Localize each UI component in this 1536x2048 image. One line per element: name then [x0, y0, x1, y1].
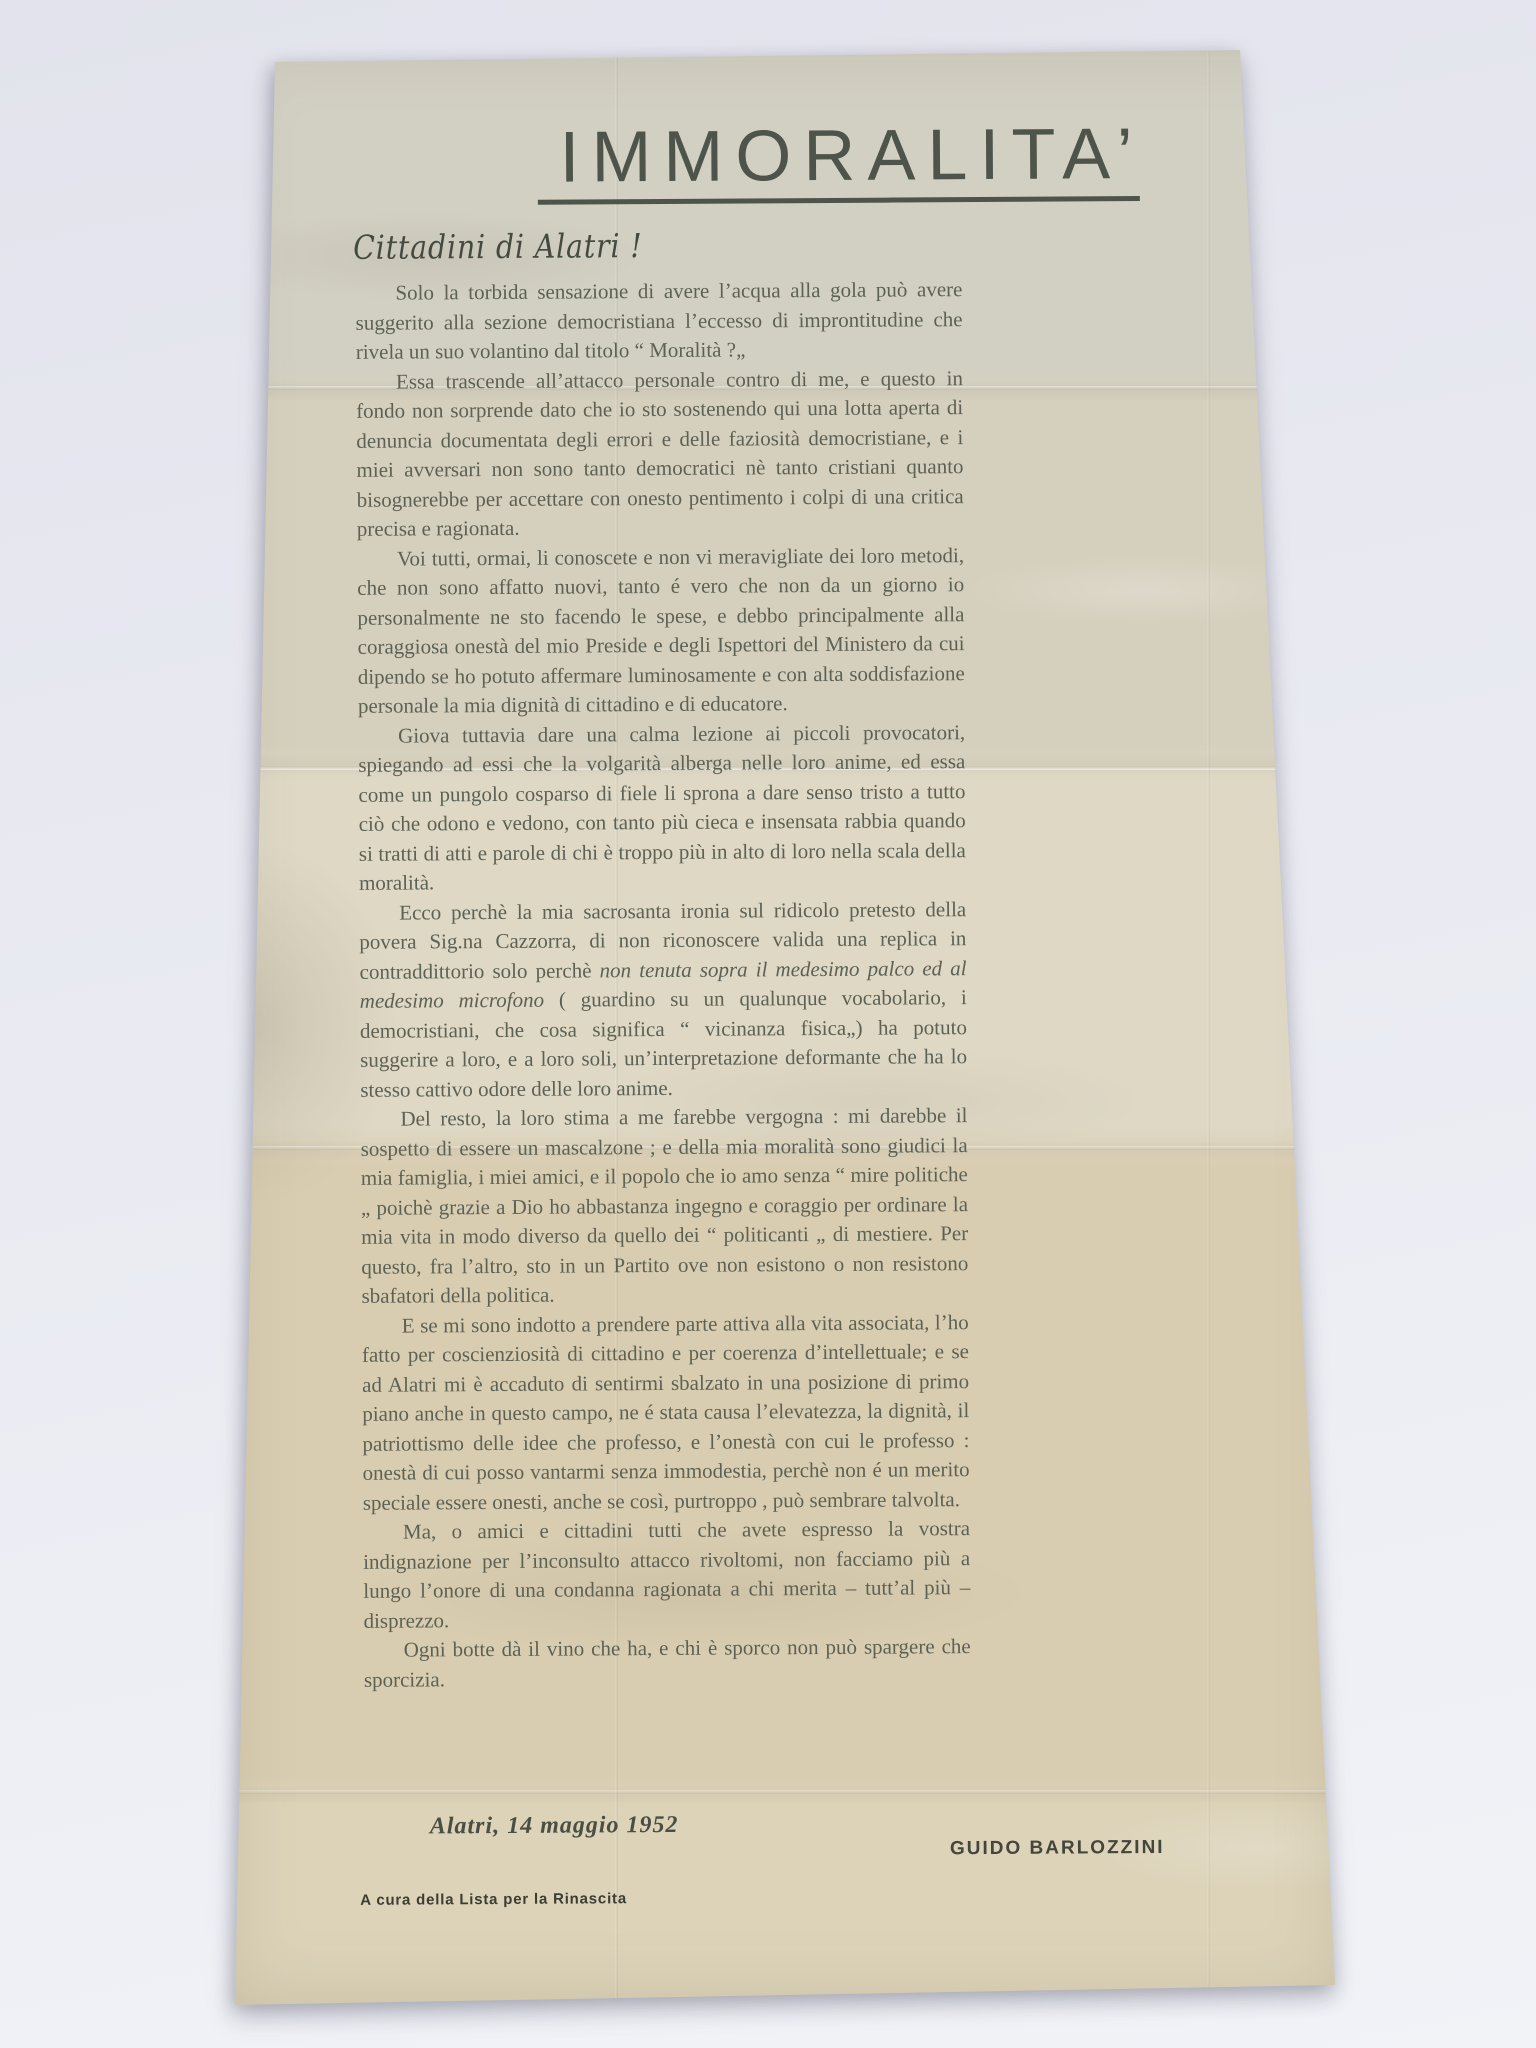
paragraph-4: Giova tuttavia dare una calma lezione ai… — [358, 718, 966, 899]
text-run: Solo la torbida sensazione di avere l’ac… — [356, 277, 963, 364]
text-run: Essa trascende all’attacco personale con… — [356, 366, 964, 541]
photo-background: IMMORALITA’ Cittadini di Alatri ! Solo l… — [0, 0, 1536, 2048]
paragraph-9: Ogni botte dà il vino che ha, e chi è sp… — [364, 1632, 971, 1695]
imprint-line: A cura della Lista per la Rinascita — [360, 1891, 627, 1908]
paragraph-8: Ma, o amici e cittadini tutti che avete … — [363, 1514, 971, 1636]
text-run: E se mi sono indotto a prendere parte at… — [362, 1310, 970, 1515]
body-text: Solo la torbida sensazione di avere l’ac… — [355, 275, 971, 1695]
text-run: Del resto, la loro stima a me farebbe ve… — [361, 1103, 969, 1308]
text-run: Giova tuttavia dare una calma lezione ai… — [358, 720, 966, 895]
flyer-paper: IMMORALITA’ Cittadini di Alatri ! Solo l… — [225, 40, 1345, 2005]
page-title: IMMORALITA’ — [539, 118, 1164, 194]
paragraph-5: Ecco perchè la mia sacrosanta ironia sul… — [359, 895, 967, 1105]
salutation: Cittadini di Alatri ! — [353, 227, 643, 267]
paragraph-2: Essa trascende all’attacco personale con… — [356, 364, 964, 545]
flyer-content: IMMORALITA’ Cittadini di Alatri ! Solo l… — [219, 37, 1351, 2009]
signature-name: GUIDO BARLOZZINI — [950, 1838, 1165, 1858]
paragraph-7: E se mi sono indotto a prendere parte at… — [362, 1308, 970, 1518]
text-run: Voi tutti, ormai, li conoscete e non vi … — [357, 543, 965, 718]
paragraph-3: Voi tutti, ormai, li conoscete e non vi … — [357, 541, 965, 722]
text-run: Ogni botte dà il vino che ha, e chi è sp… — [364, 1634, 971, 1691]
paragraph-6: Del resto, la loro stima a me farebbe ve… — [360, 1101, 968, 1311]
flyer-paper-wrapper: IMMORALITA’ Cittadini di Alatri ! Solo l… — [225, 40, 1345, 2005]
text-run: Ma, o amici e cittadini tutti che avete … — [363, 1516, 970, 1632]
dateline: Alatri, 14 maggio 1952 — [430, 1813, 679, 1839]
title-underline — [538, 196, 1140, 205]
paragraph-1: Solo la torbida sensazione di avere l’ac… — [355, 275, 963, 367]
